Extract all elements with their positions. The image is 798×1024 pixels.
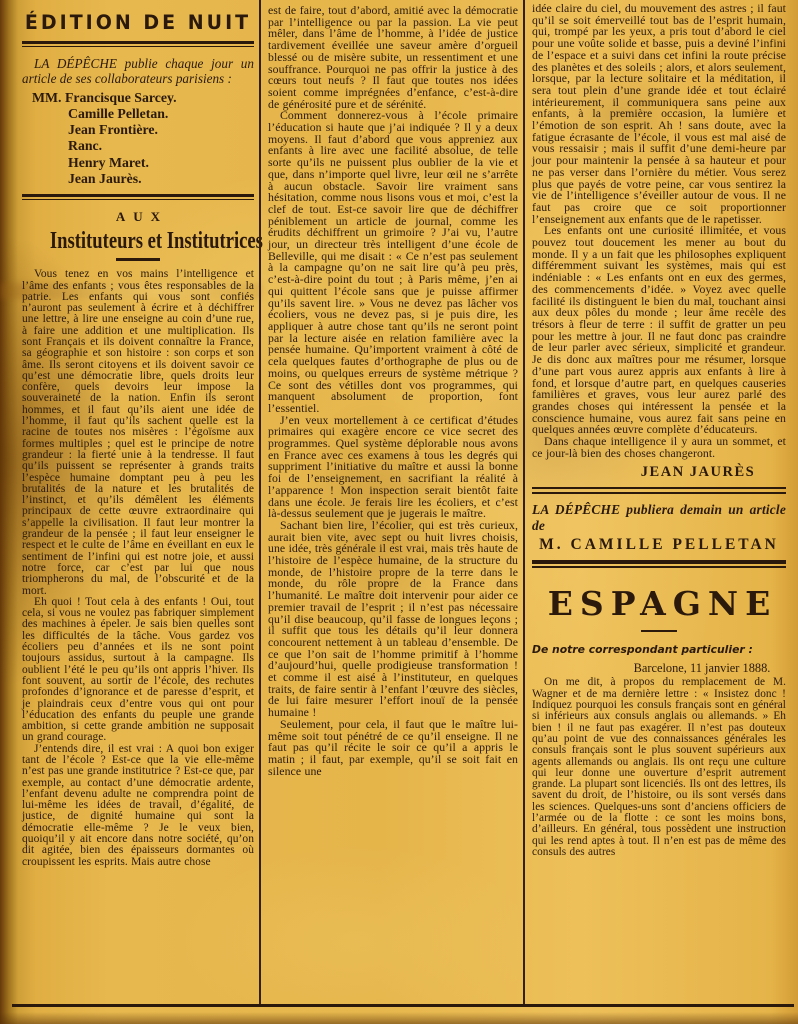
announcement-rule-bottom [532,560,786,568]
column-left: ÉDITION DE NUIT LA DÉPÊCHE publie chaque… [22,0,254,868]
article-paragraph: Sachant bien lire, l’écolier, qui est tr… [268,520,518,719]
column-divider [523,0,525,1004]
article-paragraph: J’entends dire, il est vrai : A quoi bon… [22,744,254,868]
contributor-row: Camille Pelletan. [22,106,254,122]
column-divider [259,0,261,1004]
spain-correspondent-line: De notre correspondant particulier : [532,643,786,656]
spain-paragraph: On me dit, à propos du remplacement de M… [532,677,786,858]
announcement-rule-top [532,487,786,494]
contributor-row: Ranc. [22,138,254,154]
announcement-name: M. CAMILLE PELLETAN [532,536,786,554]
column-right: idée claire du ciel, du mouvement des as… [532,0,786,858]
contributor-row: Jean Jaurès. [22,171,254,187]
contributor-row: Henry Maret. [22,155,254,171]
announcement-line: LA DÉPÊCHE publiera demain un article de [532,502,786,534]
newspaper-page: ÉDITION DE NUIT LA DÉPÊCHE publie chaque… [0,0,798,1024]
contributors-intro: LA DÉPÊCHE publie chaque jour un article… [22,56,254,87]
contributor-row: Jean Frontière. [22,122,254,138]
article-paragraph: Les enfants ont une curiosité illimitée,… [532,225,786,436]
article-title: Instituteurs et Institutrices [50,227,226,255]
section-rule [22,194,254,200]
article-kicker: AUX [22,209,254,225]
edition-title: ÉDITION DE NUIT [22,12,254,35]
article-paragraph: est de faire, tout d’abord, amitié avec … [268,5,518,110]
spain-section-title: ESPAGNE [532,585,786,623]
contributor-row: MM. Francisque Sarcey. [22,90,254,106]
article-paragraph: Eh quoi ! Tout cela à des enfants ! Oui,… [22,597,254,744]
spain-title-rule [641,630,677,632]
contributors-list: MM. Francisque Sarcey. Camille Pelletan.… [22,90,254,188]
spain-dateline: Barcelone, 11 janvier 1888. [532,661,786,676]
article-paragraph: Dans chaque intelligence il y aura un so… [532,436,786,459]
article-signature: JEAN JAURÈS [532,464,786,481]
page-bottom-edge [0,1012,798,1024]
page-bottom-rule [12,1004,794,1007]
article-paragraph: Vous tenez en vos mains l’intelligence e… [22,269,254,597]
article-paragraph: J’en veux mortellement à ce certificat d… [268,415,518,520]
column-middle: est de faire, tout d’abord, amitié avec … [268,0,518,777]
title-rule [116,258,160,261]
article-paragraph: idée claire du ciel, du mouvement des as… [532,3,786,225]
article-paragraph: Seulement, pour cela, il faut que le maî… [268,719,518,778]
article-paragraph: Comment donnerez-vous à l’école primaire… [268,110,518,414]
masthead-rule [22,41,254,47]
